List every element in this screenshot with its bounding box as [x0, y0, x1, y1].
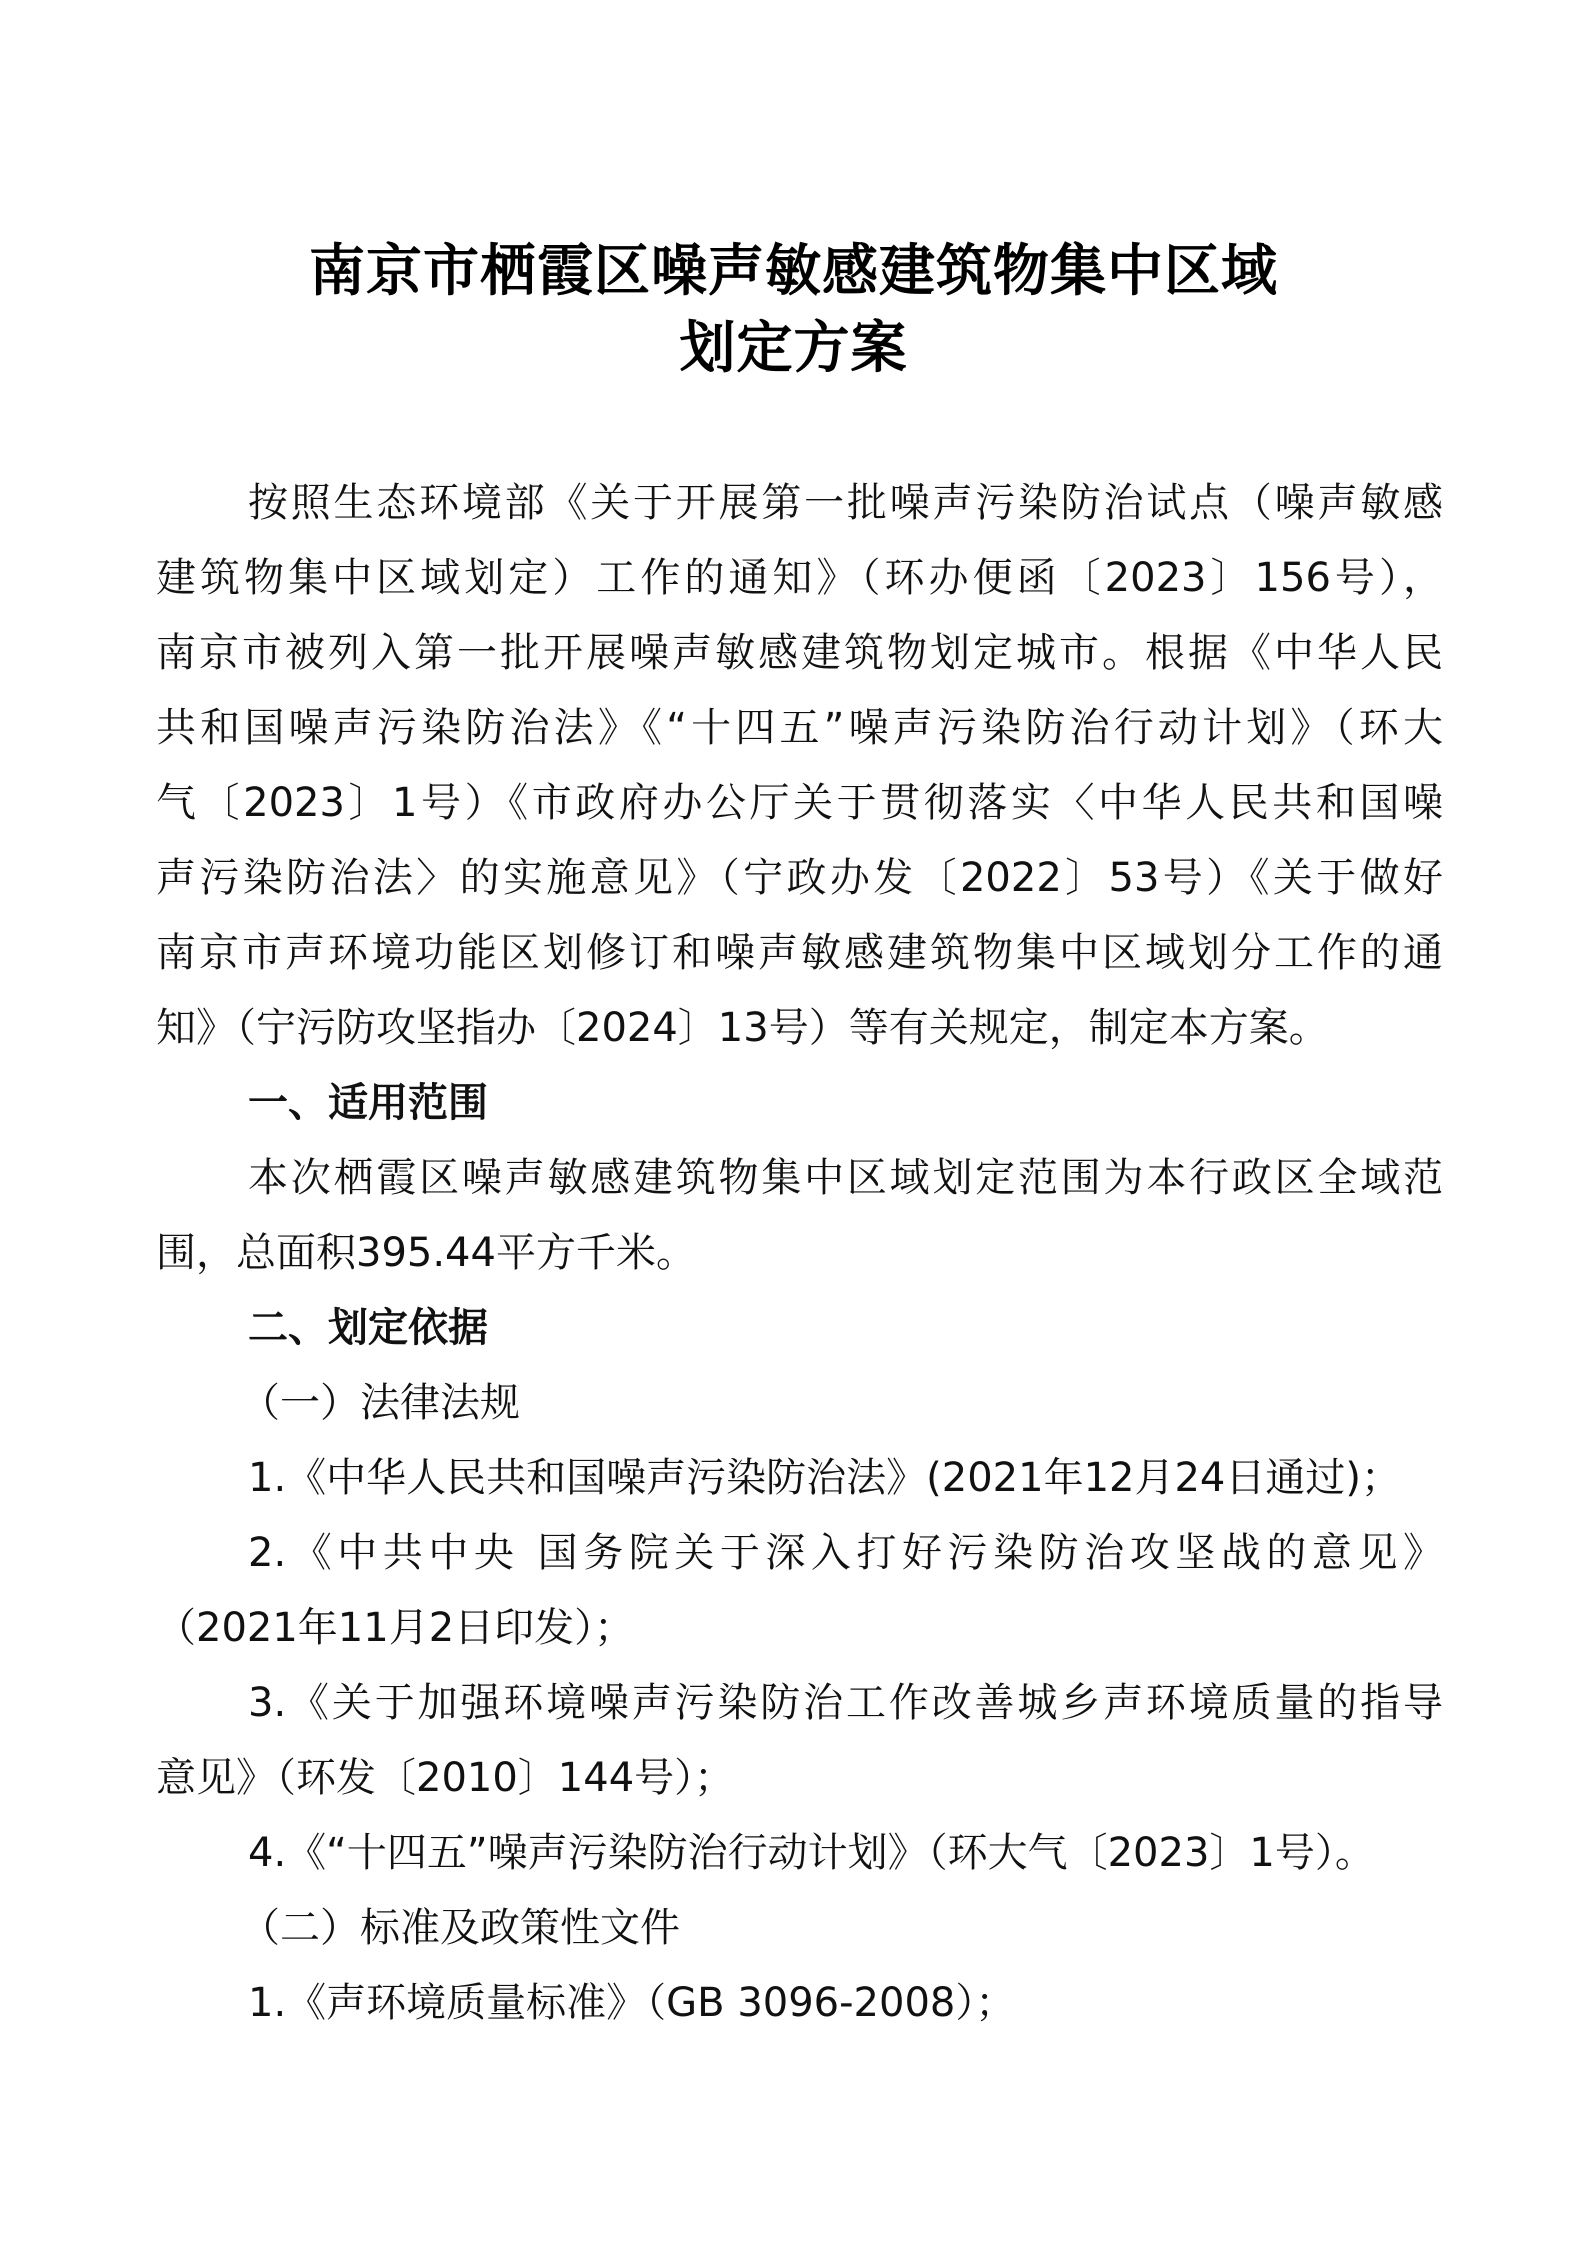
- law-item-continuation: （2021年11月2日印发）；: [156, 1591, 1443, 1666]
- law-item: 2.《中共中央 国务院关于深入打好污染防治攻坚战的意见》: [248, 1516, 1443, 1591]
- law-item: 1.《中华人民共和国噪声污染防治法》(2021年12月24日通过)；: [248, 1441, 1443, 1516]
- intro-paragraph-line: 按照生态环境部《关于开展第一批噪声污染防治试点（噪声敏感: [248, 466, 1443, 541]
- scope-paragraph-line: 本次栖霞区噪声敏感建筑物集中区域划定范围为本行政区全域范: [248, 1141, 1443, 1216]
- subsection-heading-standards: （二）标准及政策性文件: [240, 1891, 1435, 1966]
- document-title-line2: 划定方案: [0, 313, 1587, 383]
- law-item-continuation: 意见》（环发〔2010〕144号）；: [156, 1741, 1443, 1816]
- document-page: 南京市栖霞区噪声敏感建筑物集中区域 划定方案 按照生态环境部《关于开展第一批噪声…: [0, 0, 1587, 2245]
- intro-paragraph-line: 声污染防治法〉的实施意见》（宁政办发〔2022〕53号）《关于做好: [156, 841, 1443, 916]
- intro-paragraph-line: 知》（宁污防攻坚指办〔2024〕13号）等有关规定，制定本方案。: [156, 991, 1443, 1066]
- intro-paragraph-line: 建筑物集中区域划定）工作的通知》（环办便函〔2023〕156号），: [156, 541, 1443, 616]
- section-heading-scope: 一、适用范围: [248, 1066, 1443, 1141]
- section-heading-basis: 二、划定依据: [248, 1291, 1443, 1366]
- law-item: 4.《“十四五”噪声污染防治行动计划》（环大气〔2023〕1号）。: [248, 1816, 1443, 1891]
- intro-paragraph-line: 共和国噪声污染防治法》《“十四五”噪声污染防治行动计划》（环大: [156, 691, 1443, 766]
- law-item: 3.《关于加强环境噪声污染防治工作改善城乡声环境质量的指导: [248, 1666, 1443, 1741]
- standard-item: 1.《声环境质量标准》（GB 3096-2008）；: [248, 1966, 1443, 2041]
- intro-paragraph-line: 南京市声环境功能区划修订和噪声敏感建筑物集中区域划分工作的通: [156, 916, 1443, 991]
- subsection-heading-laws: （一）法律法规: [240, 1366, 1435, 1441]
- intro-paragraph-line: 南京市被列入第一批开展噪声敏感建筑物划定城市。根据《中华人民: [156, 616, 1443, 691]
- intro-paragraph-line: 气〔2023〕1号）《市政府办公厅关于贯彻落实〈中华人民共和国噪: [156, 766, 1443, 841]
- scope-paragraph-line: 围，总面积395.44平方千米。: [156, 1216, 1443, 1291]
- document-title-line1: 南京市栖霞区噪声敏感建筑物集中区域: [0, 236, 1587, 306]
